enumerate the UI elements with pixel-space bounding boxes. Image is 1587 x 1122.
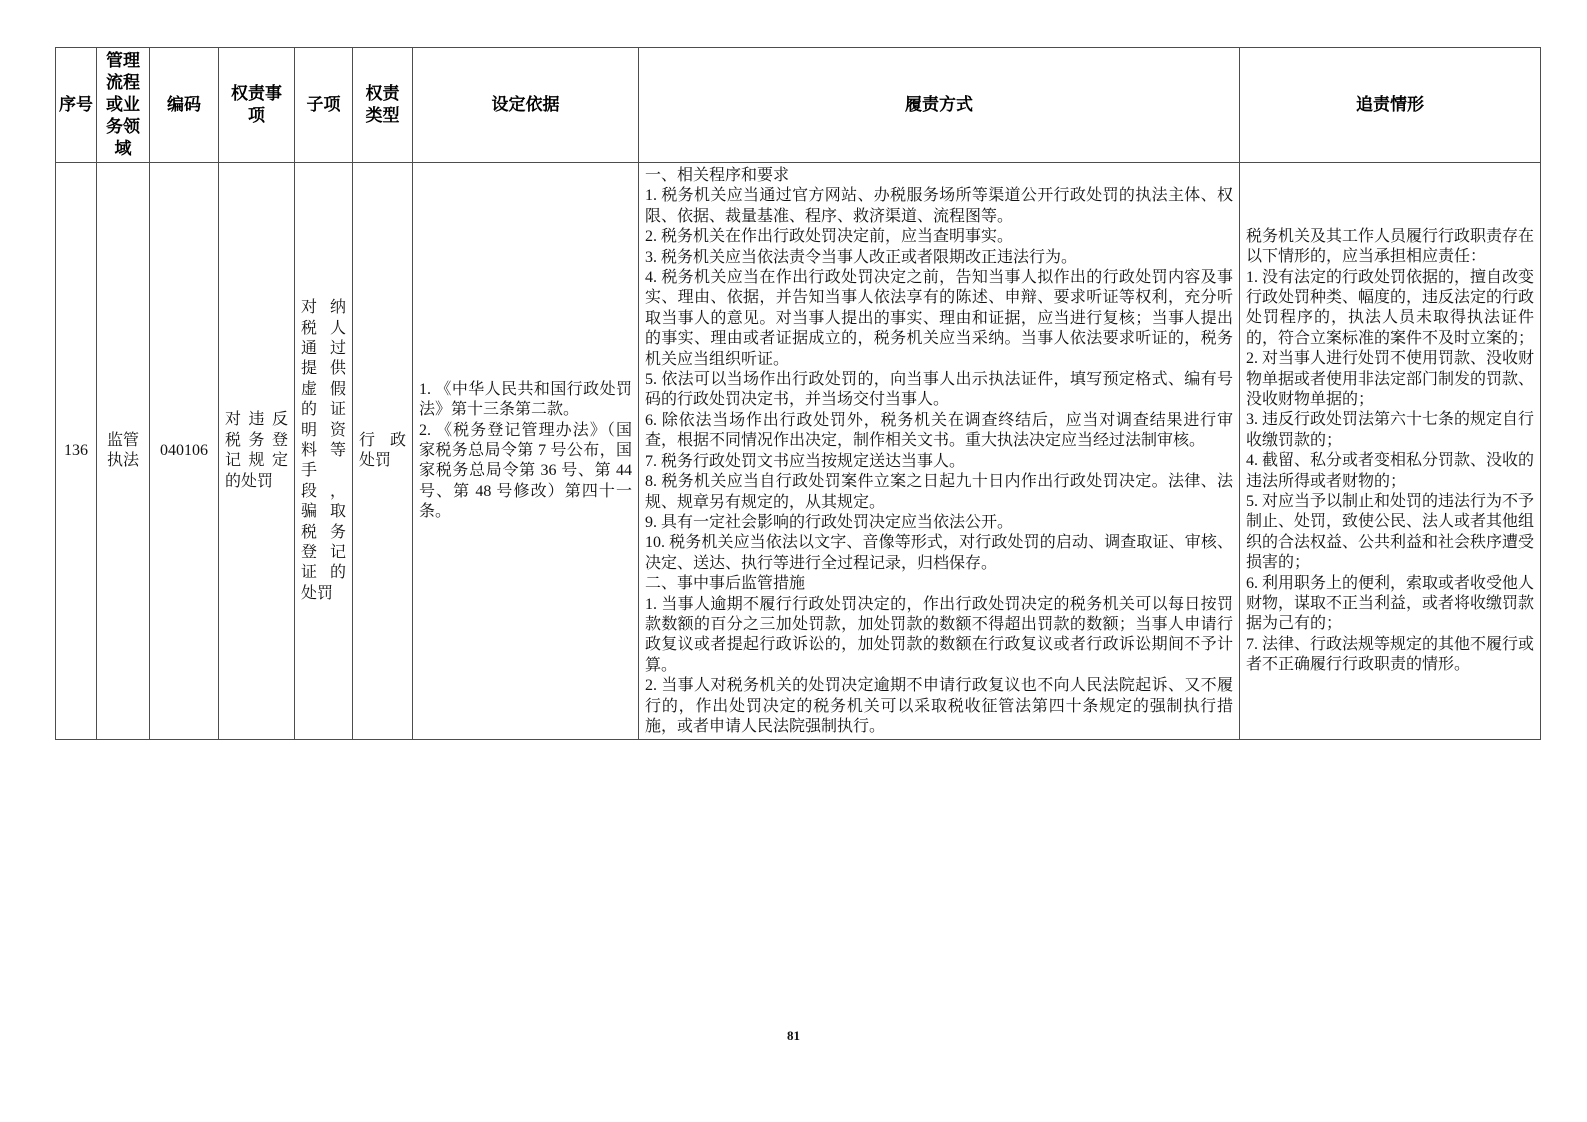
col-header-performance-method: 履责方式 (639, 48, 1240, 163)
cell-accountability: 税务机关及其工作人员履行行政职责存在以下情形的，应当承担相应责任： 1. 没有法… (1240, 163, 1541, 740)
table-row: 136 监管执法 040106 对违反税务登记规定的处罚 对纳税人通过提供虚假的… (56, 163, 1541, 740)
col-header-legal-basis: 设定依据 (413, 48, 639, 163)
cell-legal-basis: 1. 《中华人民共和国行政处罚法》第十三条第二款。 2. 《税务登记管理办法》（… (413, 163, 639, 740)
table-header: 序号 管理流程或业务领域 编码 权责事项 子项 权责类型 设定依据 履责方式 追… (56, 48, 1541, 163)
col-header-type: 权责类型 (353, 48, 413, 163)
cell-business-area: 监管执法 (97, 163, 150, 740)
col-header-serial: 序号 (56, 48, 97, 163)
cell-matter: 对违反税务登记规定的处罚 (219, 163, 295, 740)
cell-code: 040106 (150, 163, 219, 740)
table-body: 136 监管执法 040106 对违反税务登记规定的处罚 对纳税人通过提供虚假的… (56, 163, 1541, 740)
responsibility-table: 序号 管理流程或业务领域 编码 权责事项 子项 权责类型 设定依据 履责方式 追… (55, 47, 1541, 740)
page-number: 81 (0, 1028, 1587, 1044)
col-header-accountability: 追责情形 (1240, 48, 1541, 163)
cell-type: 行政处罚 (353, 163, 413, 740)
col-header-matter: 权责事项 (219, 48, 295, 163)
cell-subitem: 对纳税人通过提供虚假的证明资料等手段，骗取税务登记证的处罚 (295, 163, 353, 740)
col-header-code: 编码 (150, 48, 219, 163)
cell-performance-method: 一、相关程序和要求 1. 税务机关应当通过官方网站、办税服务场所等渠道公开行政处… (639, 163, 1240, 740)
header-row: 序号 管理流程或业务领域 编码 权责事项 子项 权责类型 设定依据 履责方式 追… (56, 48, 1541, 163)
col-header-business-area: 管理流程或业务领域 (97, 48, 150, 163)
document-page: 序号 管理流程或业务领域 编码 权责事项 子项 权责类型 设定依据 履责方式 追… (0, 0, 1587, 1122)
col-header-subitem: 子项 (295, 48, 353, 163)
cell-serial-number: 136 (56, 163, 97, 740)
